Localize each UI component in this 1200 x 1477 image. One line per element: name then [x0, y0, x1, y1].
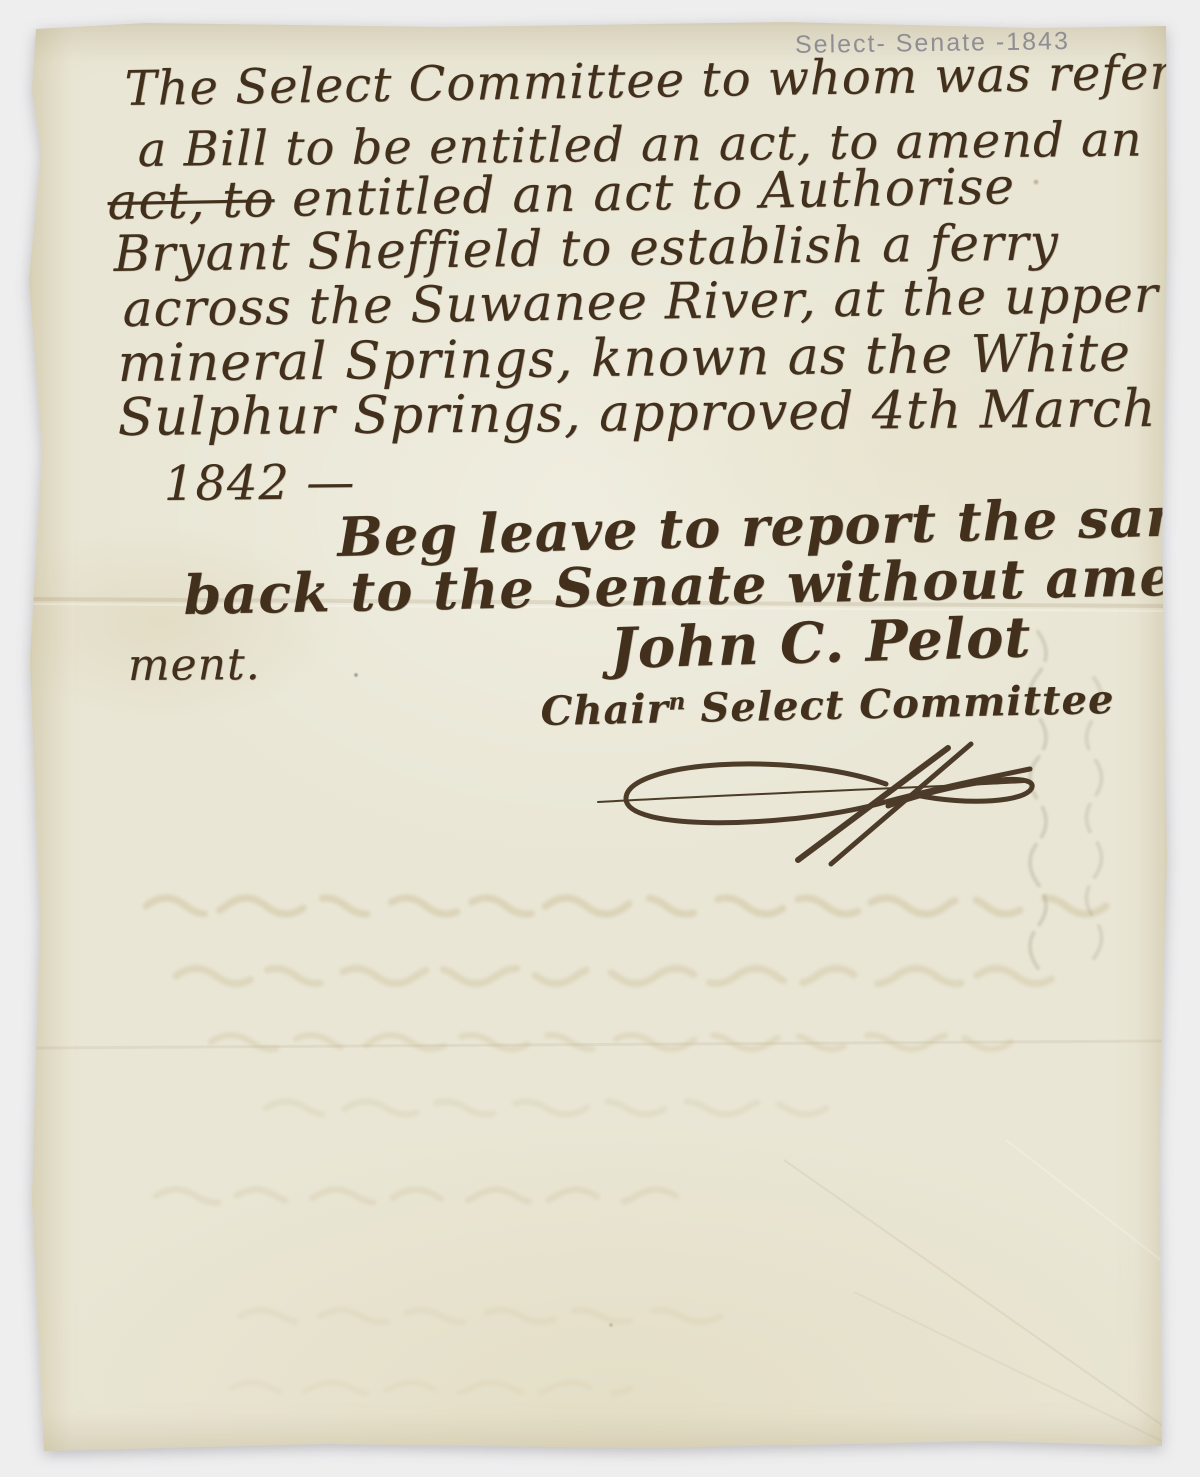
signature-title-text: Chair: [540, 685, 669, 735]
manuscript-line: ment.: [128, 643, 261, 688]
ink-bleedthrough: [146, 898, 1106, 1394]
paper-sheet: Select- Senate -1843 The Select Committe…: [26, 20, 1170, 1456]
manuscript-line: 1842 —: [164, 458, 356, 508]
manuscript-page: Select- Senate -1843 The Select Committe…: [26, 20, 1170, 1456]
signature-flourish: [586, 742, 1036, 872]
signature-title: ChairnSelect Committee: [540, 680, 1115, 732]
superscript-letter: n: [668, 688, 686, 715]
manuscript-line: back to the Senate without amend: [183, 548, 1200, 622]
manuscript-line: The Select Committee to whom was referre…: [124, 47, 1200, 113]
signature-title-text: Select Committee: [700, 676, 1115, 732]
signature-name: John C. Pelot: [609, 609, 1031, 677]
struck-text: act, to: [107, 170, 275, 231]
manuscript-line: Sulphur Springs, approved 4th March: [118, 383, 1157, 444]
scan-background: { "annotation": { "text": "Select- Senat…: [0, 0, 1200, 1477]
